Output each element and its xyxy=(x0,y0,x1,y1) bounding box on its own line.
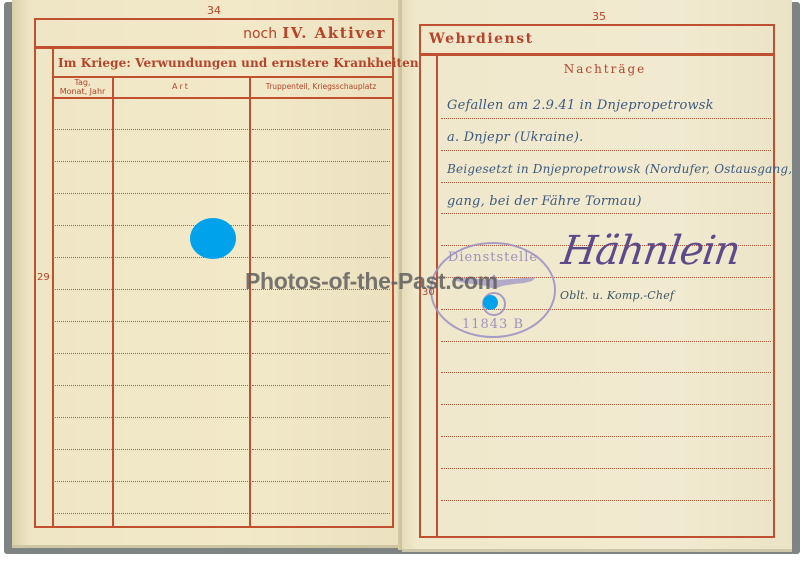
left-header-divider xyxy=(34,46,394,49)
column-header-date: Tag, Monat, Jahr xyxy=(53,78,112,96)
row-rule xyxy=(55,481,112,482)
column-header-bottom xyxy=(52,97,392,99)
row-rule xyxy=(115,513,248,514)
row-rule xyxy=(115,161,248,162)
right-header-divider xyxy=(419,53,775,56)
row-rule xyxy=(115,193,248,194)
row-rule xyxy=(252,321,390,322)
row-rule xyxy=(115,257,248,258)
header-prefix: noch xyxy=(243,26,277,42)
row-rule xyxy=(441,436,771,437)
left-page-number: 34 xyxy=(207,4,221,17)
row-rule xyxy=(252,513,390,514)
signature: Hähnlein xyxy=(559,228,743,274)
row-rule xyxy=(115,481,248,482)
row-rule xyxy=(55,321,112,322)
handwritten-line-2: a. Dnjepr (Ukraine). xyxy=(447,130,584,145)
handwritten-line-3: Beigesetzt in Dnjepropetrowsk (Nordufer,… xyxy=(447,162,792,176)
row-rule xyxy=(115,353,248,354)
row-rule xyxy=(252,257,390,258)
row-rule xyxy=(55,161,112,162)
watermark-text: Photos-of-the-Past.com xyxy=(245,268,498,295)
row-rule xyxy=(115,385,248,386)
right-section-title: Nachträge xyxy=(437,62,773,76)
row-rule xyxy=(55,385,112,386)
column-divider-2 xyxy=(249,77,251,527)
header-title: IV. Aktiver xyxy=(282,24,386,42)
row-rule xyxy=(252,353,390,354)
row-rule xyxy=(441,182,771,183)
redaction-dot-left xyxy=(190,218,236,259)
row-rule xyxy=(252,225,390,226)
column-header-type: Art xyxy=(113,82,249,91)
row-rule xyxy=(115,449,248,450)
row-rule xyxy=(55,289,112,290)
stamp-top-text: Dienststelle xyxy=(432,250,554,265)
row-rule xyxy=(55,225,112,226)
row-rule xyxy=(441,468,771,469)
redaction-dot-right xyxy=(483,295,498,310)
column-header-unit: Truppenteil, Kriegsschauplatz xyxy=(250,82,392,91)
row-rule xyxy=(441,213,771,214)
row-rule xyxy=(252,385,390,386)
row-rule xyxy=(55,449,112,450)
row-rule xyxy=(441,118,771,119)
right-page-number: 35 xyxy=(592,10,606,23)
row-rule xyxy=(115,129,248,130)
signature-title: Oblt. u. Komp.-Chef xyxy=(560,289,674,302)
handwritten-line-4: gang, bei der Fähre Tormau) xyxy=(447,194,642,209)
row-rule xyxy=(441,500,771,501)
row-rule xyxy=(252,449,390,450)
left-page-header: noch IV. Aktiver xyxy=(60,23,386,42)
row-rule xyxy=(115,417,248,418)
row-rule xyxy=(252,417,390,418)
row-rule xyxy=(115,289,248,290)
row-rule xyxy=(252,161,390,162)
row-rule xyxy=(252,193,390,194)
column-header-date-line2: Monat, Jahr xyxy=(53,87,112,96)
row-rule xyxy=(441,150,771,151)
row-rule xyxy=(252,129,390,130)
left-margin-number: 29 xyxy=(37,272,50,283)
row-rule xyxy=(55,417,112,418)
column-header-date-line1: Tag, xyxy=(53,78,112,87)
row-rule xyxy=(115,321,248,322)
row-rule xyxy=(441,372,771,373)
handwritten-line-1: Gefallen am 2.9.41 in Dnjepropetrowsk xyxy=(447,98,714,113)
left-margin-line xyxy=(52,47,54,527)
row-rule xyxy=(55,193,112,194)
left-section-title: Im Kriege: Verwundungen und ernstere Kra… xyxy=(58,56,419,70)
right-page-header: Wehrdienst xyxy=(429,31,534,47)
stamp-bottom-text: 11843 B xyxy=(432,317,554,332)
row-rule xyxy=(55,353,112,354)
row-rule xyxy=(55,257,112,258)
row-rule xyxy=(55,129,112,130)
row-rule xyxy=(441,341,771,342)
row-rule xyxy=(441,404,771,405)
row-rule xyxy=(55,513,112,514)
column-divider-1 xyxy=(112,77,114,527)
row-rule xyxy=(252,481,390,482)
